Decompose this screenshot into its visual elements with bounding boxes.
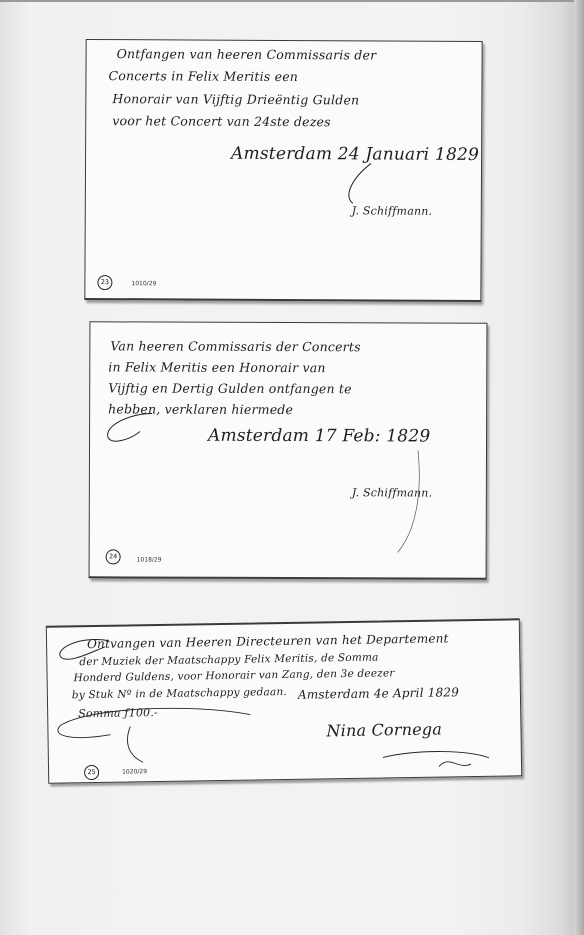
item-number-badge: 25	[84, 765, 99, 780]
page-binding-shadow	[574, 0, 584, 935]
item-number-badge: 24	[106, 549, 121, 564]
item-number-badge: 23	[97, 275, 112, 290]
receipt-line: by Stuk Nº in de Maatschappy gedaan.	[72, 686, 287, 701]
pen-stroke	[378, 448, 438, 558]
signature: J. Schiffmann.	[352, 486, 432, 499]
place-date: Amsterdam 4e April 1829	[298, 685, 459, 702]
receipt-line: hebben, verklaren hiermede	[108, 401, 293, 417]
receipt-card-24: Van heeren Commissaris der Concerts in F…	[89, 321, 488, 579]
receipt-line: in Felix Meritis een Honorair van	[108, 359, 325, 375]
receipt-card-23: Ontfangen van heeren Commissaris der Con…	[84, 39, 482, 302]
place-date: Amsterdam 24 Januari 1829	[231, 144, 479, 165]
receipt-line: Concerts in Felix Meritis een	[108, 68, 298, 84]
archive-reference: 1010/29	[131, 280, 156, 287]
archive-reference: 1018/29	[137, 556, 162, 563]
receipt-line: Ontfangen van heeren Commissaris der	[117, 46, 377, 62]
page-top-edge	[0, 0, 584, 2]
archive-reference: 1020/29	[122, 768, 147, 775]
receipt-line: Honorair van Vijftig Drieëntig Gulden	[112, 91, 359, 107]
receipt-line: Van heeren Commissaris der Concerts	[110, 338, 360, 354]
receipt-line: Honderd Guldens, voor Honorair van Zang,…	[74, 667, 395, 684]
receipt-card-25: Ontvangen van Heeren Directeuren van het…	[46, 618, 522, 783]
pen-flourish	[379, 746, 499, 778]
pen-flourish	[341, 159, 381, 209]
signature: J. Schiffmann.	[352, 204, 433, 217]
place-date: Amsterdam 17 Feb: 1829	[208, 426, 430, 447]
receipt-line: Ontvangen van Heeren Directeuren van het…	[87, 631, 449, 651]
scanned-archive-page: Ontfangen van heeren Commissaris der Con…	[0, 0, 584, 935]
receipt-amount: Somma ƒ100.-	[78, 706, 158, 720]
signature: Nina Cornega	[326, 720, 442, 741]
receipt-line: voor het Concert van 24ste dezes	[112, 113, 331, 129]
receipt-line: Vijftig en Dertig Gulden ontfangen te	[108, 380, 352, 396]
receipt-line: der Muziek der Maatschappy Felix Meritis…	[79, 652, 378, 669]
